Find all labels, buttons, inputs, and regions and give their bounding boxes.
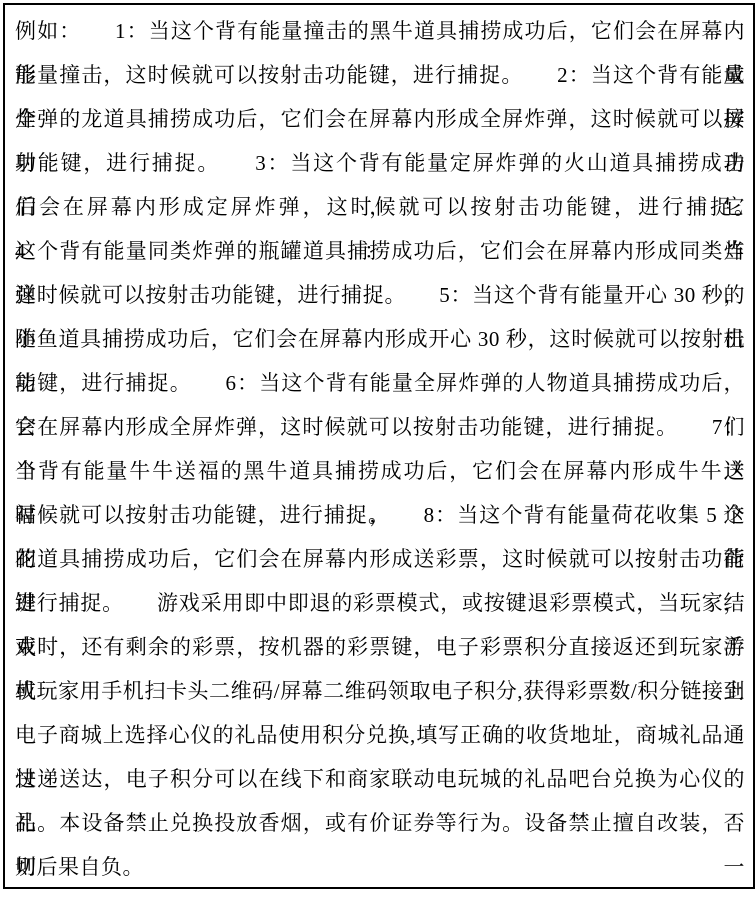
text-line: 能键，进行捕捉。 6：当这个背有能量全屏炸弹的人物道具捕捞成功后，它们	[15, 361, 745, 405]
text-line: 这个背有能量同类炸弹的瓶罐道具捕捞成功后，它们会在屏幕内形成同类炸弹，	[15, 229, 745, 273]
document-page: 例如： 1：当这个背有能量撞击的黑牛道具捕捞成功后，它们会在屏幕内形成 能量撞击…	[3, 3, 755, 889]
text-line: 这时候就可以按射击功能键，进行捕捉。 5：当这个背有能量开心 30 秒的随机	[15, 273, 745, 317]
text-line: 戏时，还有剩余的彩票，按机器的彩票键，电子彩票积分直接返还到玩家手机上	[15, 625, 745, 669]
text-line: 炸弹的龙道具捕捞成功后，它们会在屏幕内形成全屏炸弹，这时候就可以按射击	[15, 97, 745, 141]
text-line: 快递送达，电子积分可以在线下和商家联动电玩城的礼品吧台兑换为心仪的礼	[15, 757, 745, 801]
text-line: 品。本设备禁止兑换投放香烟，或有价证券等行为。设备禁止擅自改装，否则一	[15, 801, 745, 845]
text-line: 们会在屏幕内形成定屏炸弹，这时候就可以按射击功能键，进行捕捉。 4：当	[15, 185, 745, 229]
text-line: 小鱼道具捕捞成功后，它们会在屏幕内形成开心 30 秒，这时候就可以按射击功	[15, 317, 745, 361]
text-line: 例如： 1：当这个背有能量撞击的黑牛道具捕捞成功后，它们会在屏幕内形成	[15, 9, 745, 53]
text-line: 会在屏幕内形成全屏炸弹，这时候就可以按射击功能键，进行捕捉。 7：当这	[15, 405, 745, 449]
text-line: 功能键，进行捕捉。 3：当这个背有能量定屏炸弹的火山道具捕捞成功后，它	[15, 141, 745, 185]
text-line: 个背有能量牛牛送福的黑牛道具捕捞成功后，它们会在屏幕内形成牛牛送福，这	[15, 449, 745, 493]
text-line: 进行捕捉。 游戏采用即中即退的彩票模式，或按键退彩票模式，当玩家结束游	[15, 581, 745, 625]
text-line: 时候就可以按射击功能键，进行捕捉。 8：当这个背有能量荷花收集 5 个的荷	[15, 493, 745, 537]
document-canvas: 例如： 1：当这个背有能量撞击的黑牛道具捕捞成功后，它们会在屏幕内形成 能量撞击…	[0, 0, 756, 916]
text-line: 花道具捕捞成功后，它们会在屏幕内形成送彩票，这时候就可以按射击功能键，	[15, 537, 745, 581]
text-line: 电子商城上选择心仪的礼品使用积分兑换,填写正确的收货地址，商城礼品通过	[15, 713, 745, 757]
text-line: 能量撞击，这时候就可以按射击功能键，进行捕捉。 2：当这个背有能量全屏	[15, 53, 745, 97]
text-line: 或玩家用手机扫卡头二维码/屏幕二维码领取电子积分,获得彩票数/积分链接到	[15, 669, 745, 713]
